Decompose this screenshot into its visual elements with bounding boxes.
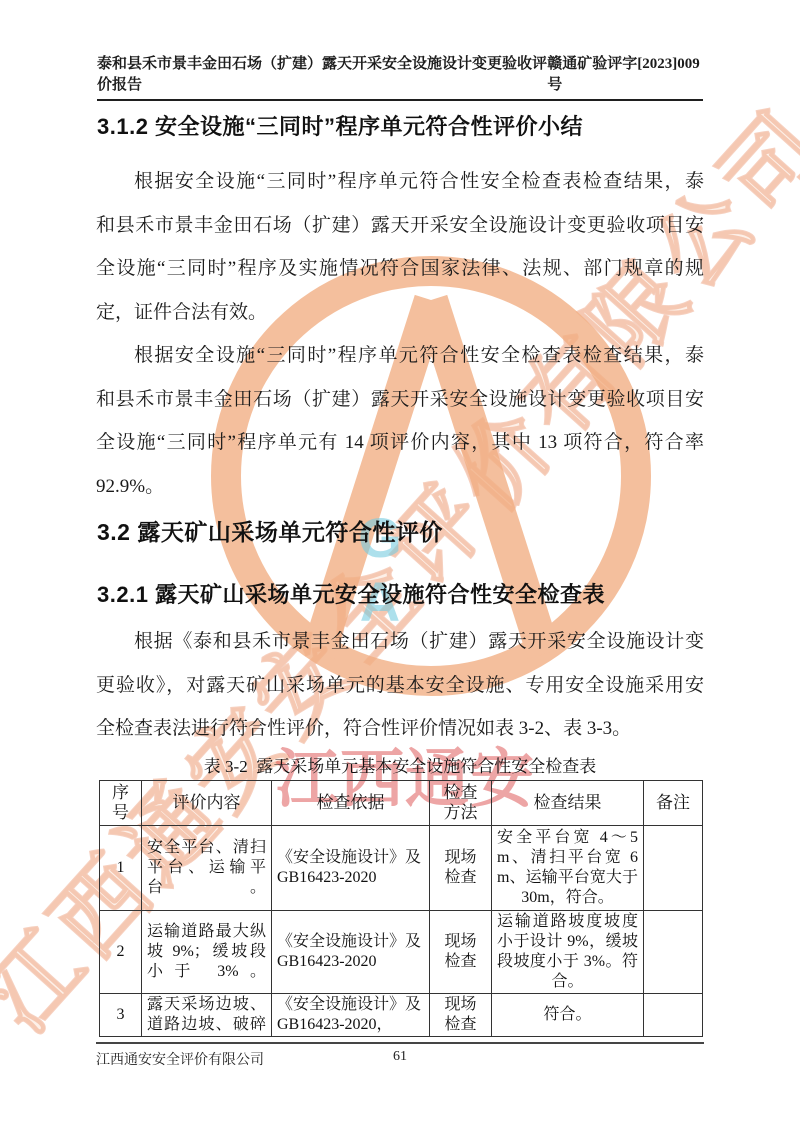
paragraph-line: 全检查表法进行符合性评价，符合性评价情况如表 3-2、表 3-3。 xyxy=(96,707,704,751)
paragraph-2: 根据安全设施“三同时”程序单元符合性安全检查表检查结果，泰 和县禾市景丰金田石场… xyxy=(96,334,704,508)
section-heading-3-2-1: 3.2.1 露天矿山采场单元安全设施符合性安全检查表 xyxy=(97,578,703,609)
cell-note xyxy=(644,994,703,1037)
cell-result: 运输道路坡度坡度小于设计 9%，缓坡段坡度小于 3%。符合。 xyxy=(492,911,644,994)
cell-note xyxy=(644,911,703,994)
paragraph-line: 根据《泰和县禾市景丰金田石场（扩建）露天开采安全设施设计变 xyxy=(96,620,704,664)
cell-method: 现场 检查 xyxy=(430,826,492,911)
paragraph-line: 92.9%。 xyxy=(96,465,704,509)
cell-content: 安全平台、清扫平台、运输平台。 xyxy=(142,826,272,911)
cell-content: 运输道路最大纵坡 9%；缓坡段小于 3%。 xyxy=(142,911,272,994)
cell-method: 现场 检查 xyxy=(430,911,492,994)
cell-result: 安全平台宽 4～5m、清扫平台宽 6m、运输平台宽大于 30m，符合。 xyxy=(492,826,644,911)
col-header-method: 检查 方法 xyxy=(430,781,492,826)
paragraph-line: 和县禾市景丰金田石场（扩建）露天开采安全设施设计变更验收项目安 xyxy=(96,204,704,248)
page-content: 泰和县禾市景丰金田石场（扩建）露天开采安全设施设计变更验收评价报告 赣通矿验评字… xyxy=(0,0,800,1131)
footer-rule xyxy=(96,1042,704,1044)
cell-result: 符合。 xyxy=(492,994,644,1037)
paragraph-line: 和县禾市景丰金田石场（扩建）露天开采安全设施设计变更验收项目安 xyxy=(96,378,704,422)
paragraph-line: 定，证件合法有效。 xyxy=(96,291,704,335)
cell-basis: 《安全设施设计》及 GB16423-2020， xyxy=(272,994,430,1037)
cell-basis: 《安全设施设计》及 GB16423-2020 xyxy=(272,826,430,911)
col-header-content: 评价内容 xyxy=(142,781,272,826)
paragraph-line: 更验收》，对露天矿山采场单元的基本安全设施、专用安全设施采用安 xyxy=(96,664,704,708)
cell-seq: 2 xyxy=(100,911,142,994)
table-row: 2 运输道路最大纵坡 9%；缓坡段小于 3%。 《安全设施设计》及 GB1642… xyxy=(100,911,703,994)
col-header-basis: 检查依据 xyxy=(272,781,430,826)
col-header-seq: 序 号 xyxy=(100,781,142,826)
page-header: 泰和县禾市景丰金田石场（扩建）露天开采安全设施设计变更验收评价报告 赣通矿验评字… xyxy=(97,52,703,101)
col-header-note: 备注 xyxy=(644,781,703,826)
paragraph-line: 全设施“三同时”程序单元有 14 项评价内容，其中 13 项符合，符合率 xyxy=(96,421,704,465)
document-page: 江西通安安全评价有限公司 G A 江西通安 泰和县禾市景丰金田石场（扩建）露天开… xyxy=(0,0,800,1131)
col-header-result: 检查结果 xyxy=(492,781,644,826)
header-doc-number: 赣通矿验评字[2023]009 号 xyxy=(547,52,703,94)
cell-seq: 1 xyxy=(100,826,142,911)
cell-note xyxy=(644,826,703,911)
table-row: 3 露天采场边坡、道路边坡、破碎 《安全设施设计》及 GB16423-2020，… xyxy=(100,994,703,1037)
section-heading-3-1-2: 3.1.2 安全设施“三同时”程序单元符合性评价小结 xyxy=(97,110,703,141)
section-heading-3-2: 3.2 露天矿山采场单元符合性评价 xyxy=(97,514,703,547)
table-header-row: 序 号 评价内容 检查依据 检查 方法 检查结果 备注 xyxy=(100,781,703,826)
paragraph-3: 根据《泰和县禾市景丰金田石场（扩建）露天开采安全设施设计变 更验收》，对露天矿山… xyxy=(96,620,704,751)
table-caption: 表 3-2 露天采场单元基本安全设施符合性安全检查表 xyxy=(96,752,704,777)
paragraph-line: 根据安全设施“三同时”程序单元符合性安全检查表检查结果，泰 xyxy=(96,160,704,204)
table-row: 1 安全平台、清扫平台、运输平台。 《安全设施设计》及 GB16423-2020… xyxy=(100,826,703,911)
paragraph-line: 全设施“三同时”程序及实施情况符合国家法律、法规、部门规章的规 xyxy=(96,247,704,291)
footer-company-name: 江西通安安全评价有限公司 xyxy=(96,1049,264,1069)
cell-method: 现场 检查 xyxy=(430,994,492,1037)
safety-checklist-table: 序 号 评价内容 检查依据 检查 方法 检查结果 备注 1 安全平台、清扫平台、… xyxy=(99,780,703,1037)
cell-seq: 3 xyxy=(100,994,142,1037)
paragraph-1: 根据安全设施“三同时”程序单元符合性安全检查表检查结果，泰 和县禾市景丰金田石场… xyxy=(96,160,704,334)
header-report-title: 泰和县禾市景丰金田石场（扩建）露天开采安全设施设计变更验收评价报告 xyxy=(97,52,547,94)
cell-basis: 《安全设施设计》及 GB16423-2020 xyxy=(272,911,430,994)
paragraph-line: 根据安全设施“三同时”程序单元符合性安全检查表检查结果，泰 xyxy=(96,334,704,378)
cell-content: 露天采场边坡、道路边坡、破碎 xyxy=(142,994,272,1037)
